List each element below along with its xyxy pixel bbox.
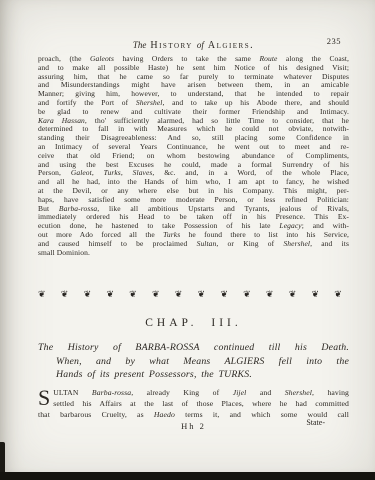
running-header-history: History <box>150 40 193 51</box>
main-paragraph: proach, (the Galeots having Orders to ta… <box>38 55 349 257</box>
opening-line-1: ULTAN Barba-rossa, already King of Jijel… <box>38 387 349 398</box>
chapter-heading: The History of BARBA-ROSSA continued til… <box>38 341 349 382</box>
fleuron-ornament-row: ❦ ❦ ❦ ❦ ❦ ❦ ❦ ❦ ❦ ❦ ❦ ❦ ❦ ❦ ❦ ❦ <box>38 289 349 300</box>
opening-line-3: that barbarous Cruelty, as Haedo terms i… <box>38 409 349 420</box>
running-header-algiers: Algiers. <box>208 40 254 51</box>
drop-cap: S <box>38 387 53 407</box>
chapter-heading-line-1: The History of BARBA-ROSSA continued til… <box>38 341 349 355</box>
catchword: State- <box>306 418 325 427</box>
scan-corner-mark <box>0 442 5 476</box>
chapter-label: CHAP. III. <box>38 317 349 329</box>
running-header: TheHistoryofAlgiers. <box>38 35 349 53</box>
scan-bottom-edge <box>0 472 375 480</box>
printer-signature: Hh 2 <box>38 421 349 431</box>
chapter-heading-line-2: When, and by what Means ALGIERS fell int… <box>38 355 349 369</box>
running-header-the: The <box>133 40 147 50</box>
opening-paragraph: S ULTAN Barba-rossa, already King of Jij… <box>38 387 349 420</box>
page-number: 235 <box>327 36 341 46</box>
chapter-heading-line-3: Hands of its present Possessors, the TUR… <box>38 368 349 382</box>
opening-line-2: settled his Affairs at the last of those… <box>38 398 349 409</box>
body-line-23: small Dominion. <box>38 249 349 258</box>
opening-paragraph-lines: ULTAN Barba-rossa, already King of Jijel… <box>38 387 349 420</box>
book-page-scan: TheHistoryofAlgiers. 235 proach, (the Ga… <box>0 0 375 480</box>
running-header-of: of <box>197 40 204 50</box>
